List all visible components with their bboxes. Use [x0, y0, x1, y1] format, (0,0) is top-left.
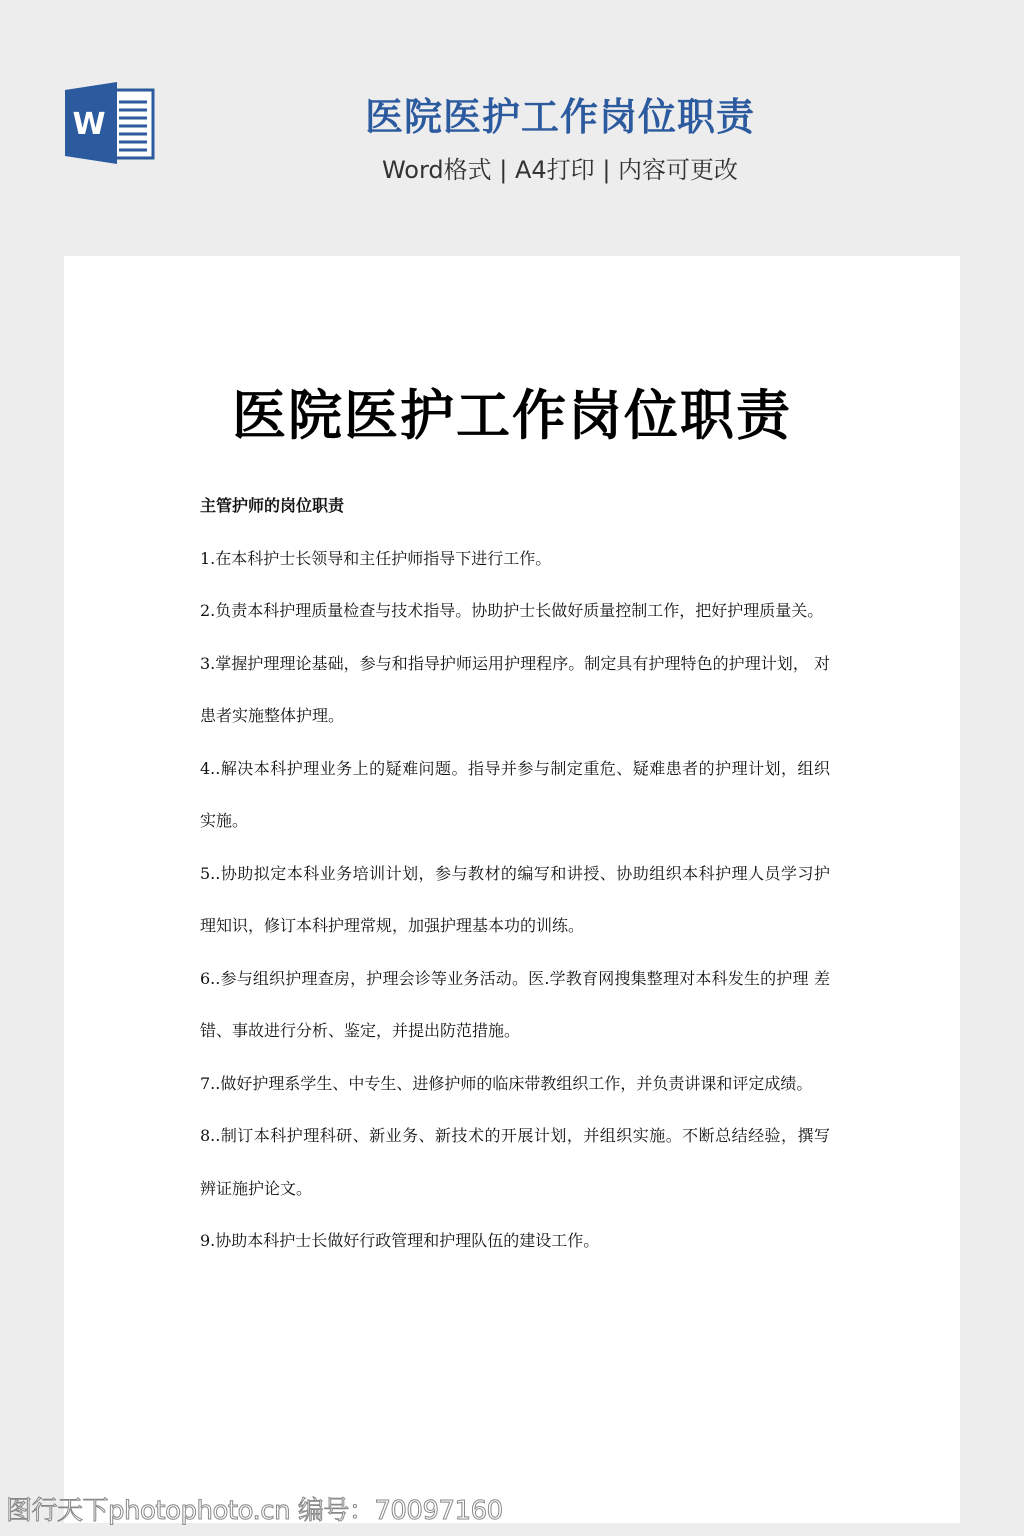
svg-text:W: W: [72, 107, 105, 142]
watermark: 图行天下photophoto.cn 编号：70097160: [6, 1494, 503, 1528]
word-document-icon: W: [65, 82, 157, 164]
list-item: 6..参与组织护理查房，护理会诊等业务活动。医.学教育网搜集整理对本科发生的护理…: [200, 953, 830, 1058]
document-body: 主管护师的岗位职责 1.在本科护士长领导和主任护师指导下进行工作。 2.负责本科…: [200, 480, 830, 1268]
section-heading: 主管护师的岗位职责: [200, 480, 830, 533]
document-title: 医院医护工作岗位职责: [64, 380, 960, 450]
list-item: 4..解决本科护理业务上的疑难问题。指导并参与制定重危、疑难患者的护理计划，组织…: [200, 743, 830, 848]
list-item: 5..协助拟定本科业务培训计划，参与教材的编写和讲授、协助组织本科护理人员学习护…: [200, 848, 830, 953]
list-item: 8..制订本科护理科研、新业务、新技术的开展计划，并组织实施。不断总结经验，撰写…: [200, 1110, 830, 1215]
header-title: 医院医护工作岗位职责: [300, 92, 820, 142]
list-item: 2.负责本科护理质量检查与技术指导。协助护士长做好质量控制工作，把好护理质量关。: [200, 585, 830, 638]
document-page: 医院医护工作岗位职责 主管护师的岗位职责 1.在本科护士长领导和主任护师指导下进…: [64, 256, 960, 1523]
list-item: 7..做好护理系学生、中专生、进修护师的临床带教组织工作，并负责讲课和评定成绩。: [200, 1058, 830, 1111]
list-item: 1.在本科护士长领导和主任护师指导下进行工作。: [200, 533, 830, 586]
list-item: 9.协助本科护士长做好行政管理和护理队伍的建设工作。: [200, 1215, 830, 1268]
list-item: 3.掌握护理理论基础，参与和指导护师运用护理程序。制定具有护理特色的护理计划， …: [200, 638, 830, 743]
header-subtitle: Word格式 | A4打印 | 内容可更改: [300, 152, 820, 188]
